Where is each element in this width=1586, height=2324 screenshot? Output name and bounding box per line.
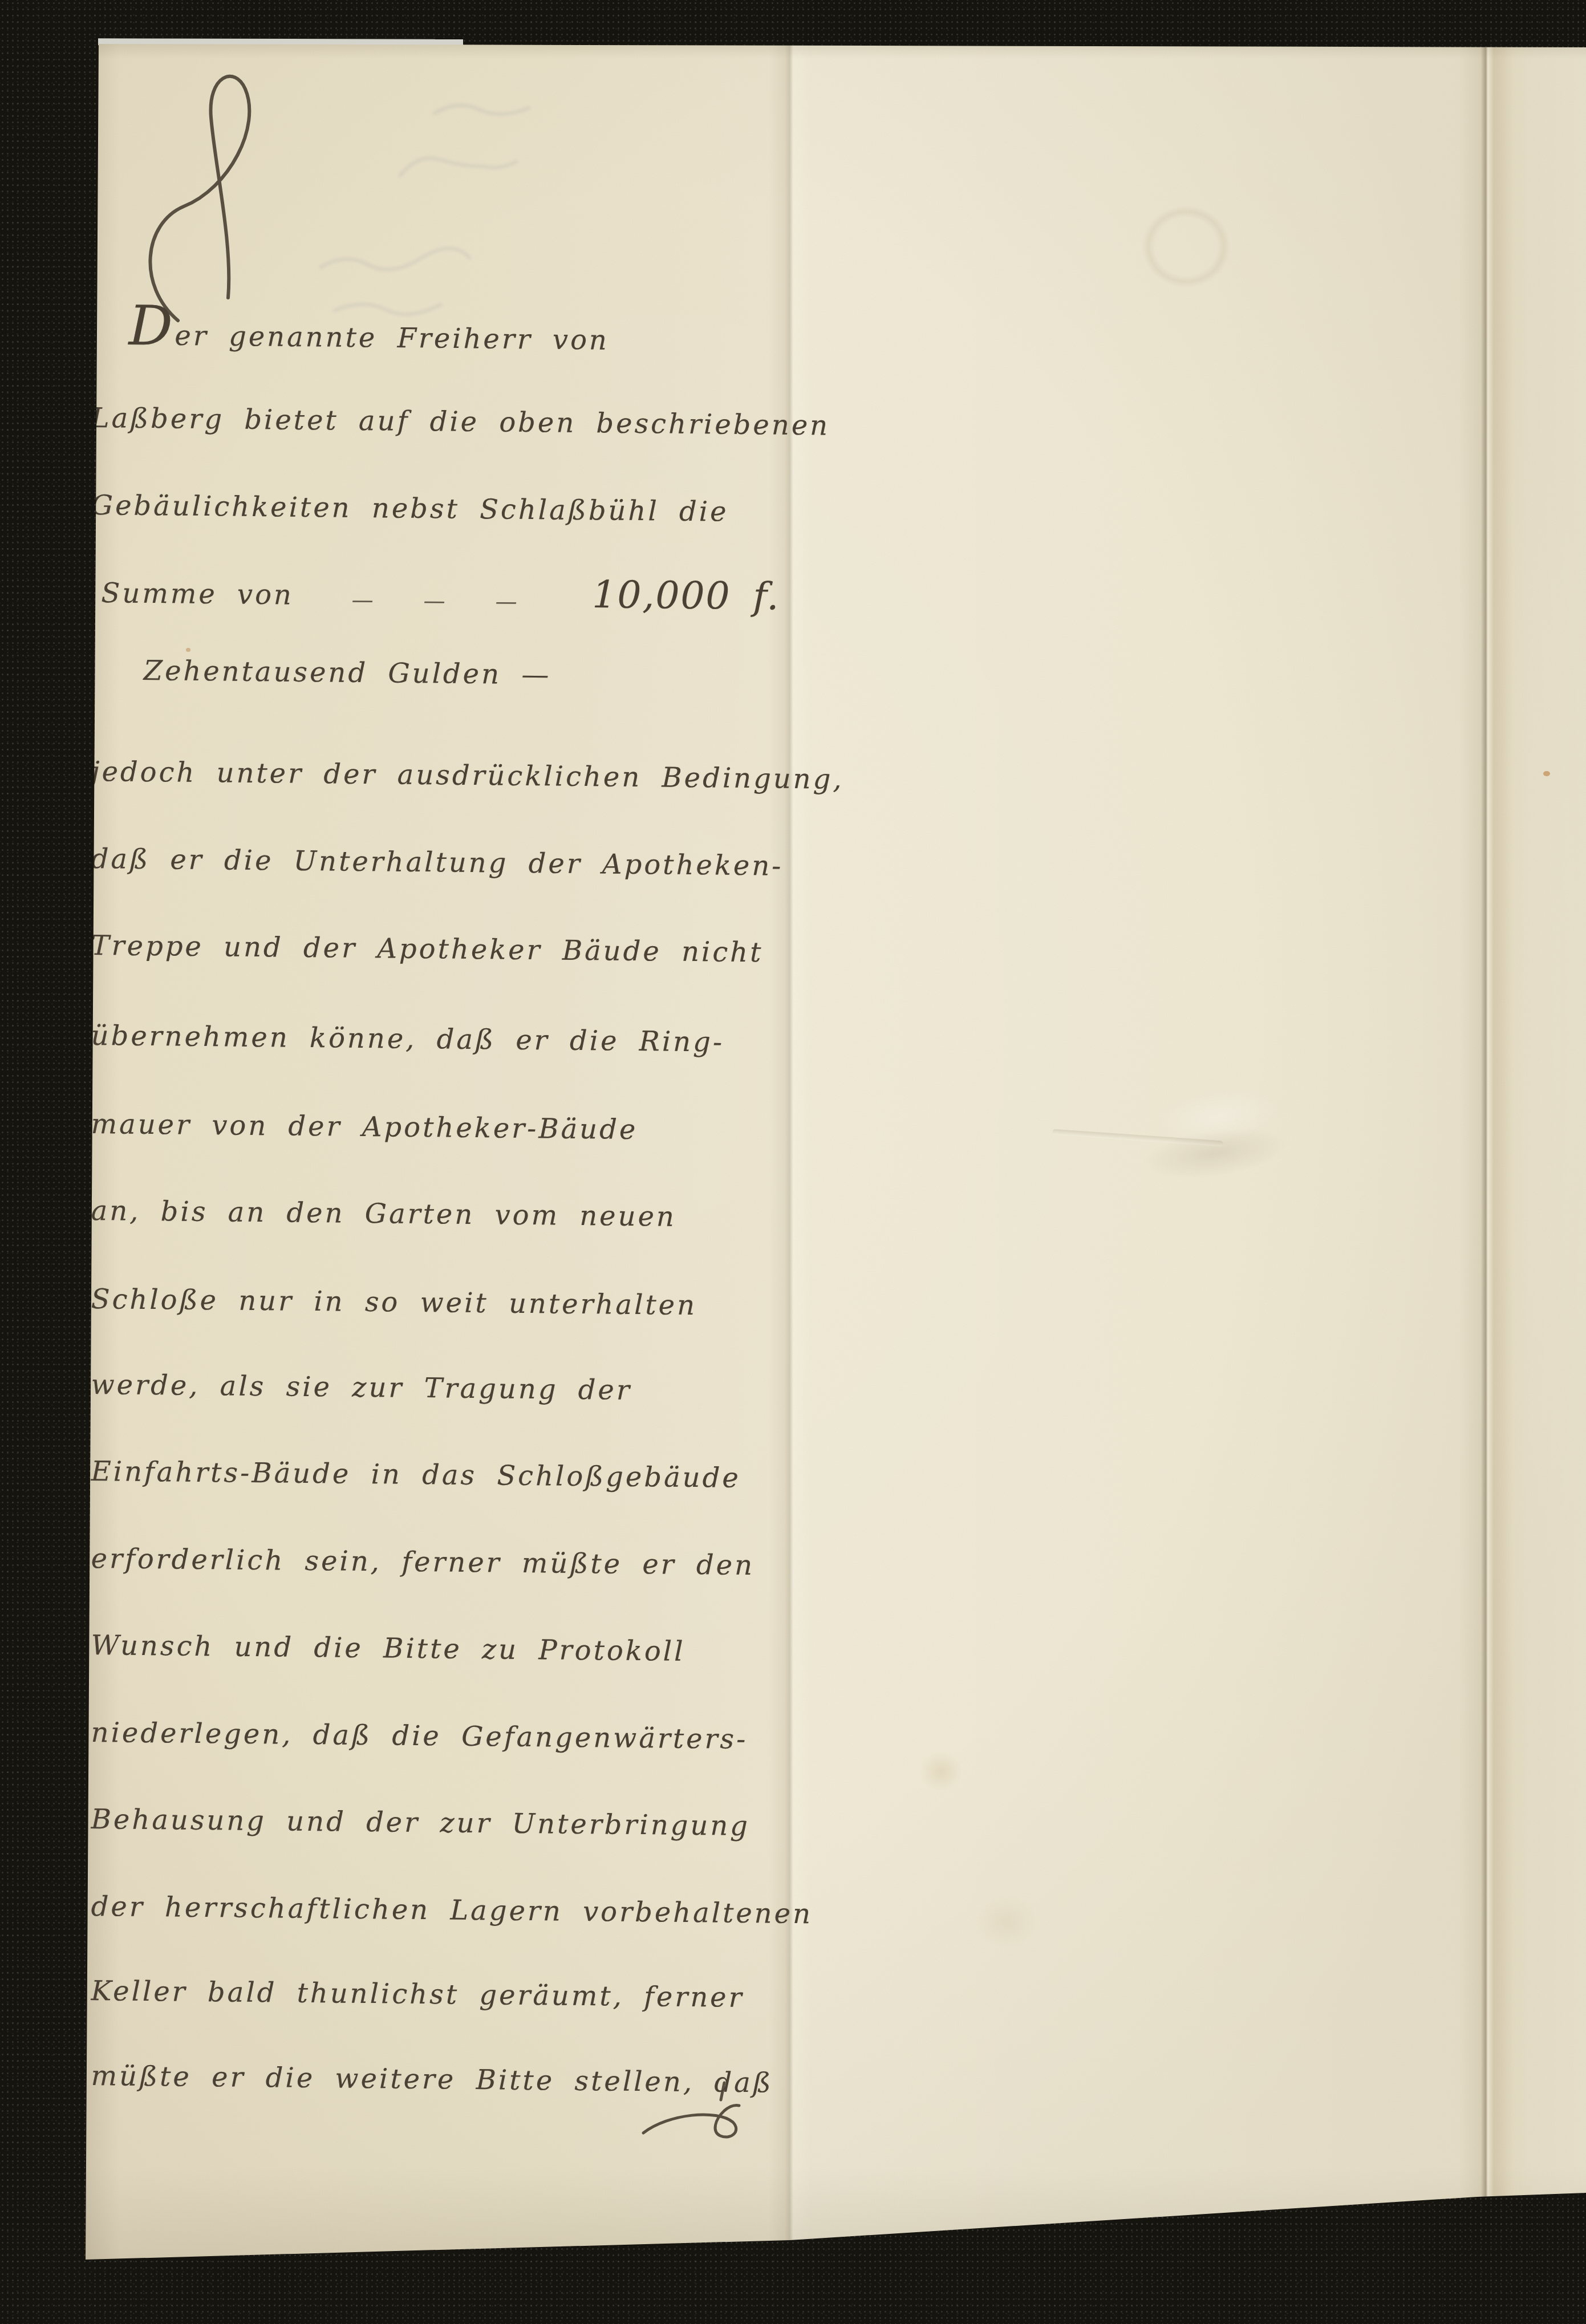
manuscript-line: Zehentausend Gulden —	[143, 655, 551, 691]
manuscript-line: Wunsch und die Bitte zu Protokoll	[91, 1629, 685, 1668]
manuscript-line: mauer von der Apotheker-Bäude	[91, 1108, 638, 1146]
manuscript-line: niederlegen, daß die Gefangenwärters-	[91, 1717, 748, 1755]
manuscript-line: Summe von— — —10,000 f.	[101, 567, 780, 618]
manuscript-line: Einfahrts-Bäude in das Schloßgebäude	[91, 1455, 741, 1494]
manuscript-page: Der genannte Freiherr vonLaßberg bietet …	[0, 0, 1586, 2324]
manuscript-line: werde, als sie zur Tragung der	[91, 1369, 632, 1406]
manuscript-line: erforderlich sein, ferner müßte er den	[91, 1543, 755, 1581]
manuscript-line: übernehmen könne, daß er die Ring-	[91, 1020, 724, 1058]
manuscript-line: jedoch unter der ausdrücklichen Bedingun…	[91, 756, 844, 796]
manuscript-line: der herrschaftlichen Lagern vorbehaltene…	[91, 1891, 813, 1930]
scan-canvas: Der genannte Freiherr vonLaßberg bietet …	[0, 0, 1586, 2324]
manuscript-line: Der genannte Freiherr von	[128, 311, 609, 356]
manuscript-line: Keller bald thunlichst geräumt, ferner	[91, 1975, 744, 2014]
manuscript-line: Gebäulichkeiten nebst Schlaßbühl die	[91, 489, 728, 528]
manuscript-line: müßte er die weitere Bitte stellen, daß	[91, 2060, 773, 2099]
manuscript-line: an, bis an den Garten vom neuen	[91, 1195, 676, 1233]
manuscript-line: Behausung und der zur Unterbringung	[91, 1803, 750, 1842]
amount-value: 10,000 f.	[592, 573, 780, 618]
amount-label: Summe von	[101, 577, 294, 611]
tally-dashes: — — —	[294, 571, 593, 614]
manuscript-line: Laßberg bietet auf die oben beschriebene…	[91, 402, 830, 442]
text-block: Der genannte Freiherr vonLaßberg bietet …	[0, 0, 1586, 2324]
manuscript-line: daß er die Unterhaltung der Apotheken-	[91, 843, 783, 882]
manuscript-line: Schloße nur in so weit unterhalten	[91, 1283, 697, 1321]
manuscript-line: Treppe und der Apotheker Bäude nicht	[91, 930, 763, 968]
